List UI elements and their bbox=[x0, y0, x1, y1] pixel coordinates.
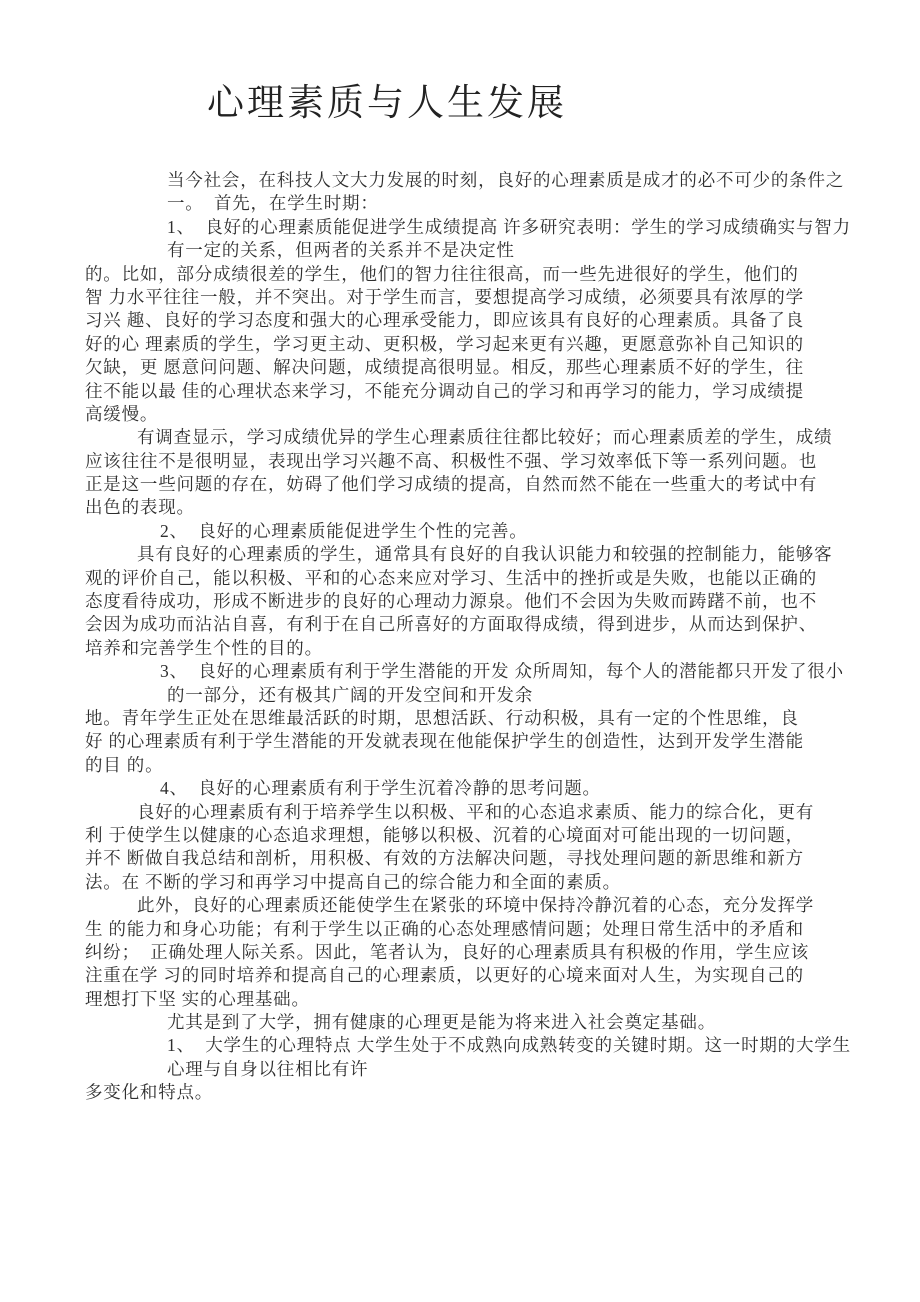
text-line: 生 的能力和身心功能；有利于学生以正确的心态处理感情问题；处理日常生活中的矛盾和 bbox=[85, 918, 917, 941]
text-line: 正是这一些问题的存在，妨碍了他们学习成绩的提高，自然而然不能在一些重大的考试中有 bbox=[85, 473, 917, 496]
text-line: 会因为成功而沾沾自喜，有利于在自己所喜好的方面取得成绩，得到进步，从而达到保护、 bbox=[85, 613, 917, 636]
text-line: 的。比如，部分成绩很差的学生，他们的智力往往很高，而一些先进很好的学生，他们的 bbox=[85, 263, 917, 286]
text-line: 往不能以最 佳的心理状态来学习，不能充分调动自己的学习和再学习的能力，学习成绩提 bbox=[85, 380, 917, 403]
text-line: 一。 首先，在学生时期： bbox=[85, 192, 917, 215]
document-title: 心理素质与人生发展 bbox=[207, 72, 567, 126]
text-line: 地。青年学生正处在思维最活跃的时期，思想活跃、行动积极，具有一定的个性思维，良 bbox=[85, 707, 917, 730]
text-line: 的目 的。 bbox=[85, 754, 917, 777]
text-line: 法。在 不断的学习和再学习中提高自己的综合能力和全面的素质。 bbox=[85, 871, 917, 894]
text-line: 有一定的关系，但两者的关系并不是决定性 bbox=[85, 239, 917, 262]
text-line: 好 的心理素质有利于学生潜能的开发就表现在他能保护学生的创造性，达到开发学生潜能 bbox=[85, 730, 917, 753]
text-line: 观的评价自己，能以积极、平和的心态来应对学习、生活中的挫折或是失败，也能以正确的 bbox=[85, 567, 917, 590]
document-body: 当今社会，在科技人文大力发展的时刻，良好的心理素质是成才的必不可少的条件之一。 … bbox=[85, 169, 917, 1105]
text-line: 1、 大学生的心理特点 大学生处于不成熟向成熟转变的关键时期。这一时期的大学生 bbox=[85, 1034, 917, 1057]
text-line: 习兴 趣、良好的学习态度和强大的心理承受能力，即应该具有良好的心理素质。具备了良 bbox=[85, 309, 917, 332]
text-line: 出色的表现。 bbox=[85, 496, 917, 519]
text-line: 理想打下坚 实的心理基础。 bbox=[85, 988, 917, 1011]
text-line: 并不 断做自我总结和剖析，用积极、有效的方法解决问题，寻找处理问题的新思维和新方 bbox=[85, 847, 917, 870]
document-page: 心理素质与人生发展 当今社会，在科技人文大力发展的时刻，良好的心理素质是成才的必… bbox=[0, 0, 920, 1302]
text-line: 纠纷； 正确处理人际关系。因此，笔者认为，良好的心理素质具有积极的作用，学生应该 bbox=[85, 941, 917, 964]
text-line: 培养和完善学生个性的目的。 bbox=[85, 637, 917, 660]
text-line: 2、 良好的心理素质能促进学生个性的完善。 bbox=[85, 520, 917, 543]
text-line: 好的心 理素质的学生，学习更主动、更积极，学习起来更有兴趣，更愿意弥补自己知识的 bbox=[85, 333, 917, 356]
text-line: 4、 良好的心理素质有利于学生沉着冷静的思考问题。 bbox=[85, 777, 917, 800]
text-line: 的一部分，还有极其广阔的开发空间和开发余 bbox=[85, 684, 917, 707]
text-line: 良好的心理素质有利于培养学生以积极、平和的心态追求素质、能力的综合化，更有 bbox=[85, 801, 917, 824]
text-line: 应该往往不是很明显，表现出学习兴趣不高、积极性不强、学习效率低下等一系列问题。也 bbox=[85, 450, 917, 473]
text-line: 有调查显示，学习成绩优异的学生心理素质往往都比较好；而心理素质差的学生，成绩 bbox=[85, 426, 917, 449]
text-line: 具有良好的心理素质的学生，通常具有良好的自我认识能力和较强的控制能力，能够客 bbox=[85, 543, 917, 566]
text-line: 高缓慢。 bbox=[85, 403, 917, 426]
text-line: 此外，良好的心理素质还能使学生在紧张的环境中保持冷静沉着的心态，充分发挥学 bbox=[85, 894, 917, 917]
text-line: 1、 良好的心理素质能促进学生成绩提高 许多研究表明：学生的学习成绩确实与智力 bbox=[85, 216, 917, 239]
text-line: 利 于使学生以健康的心态追求理想，能够以积极、沉着的心境面对可能出现的一切问题， bbox=[85, 824, 917, 847]
text-line: 智 力水平往往一般，并不突出。对于学生而言，要想提高学习成绩，必须要具有浓厚的学 bbox=[85, 286, 917, 309]
text-line: 多变化和特点。 bbox=[85, 1081, 917, 1104]
text-line: 心理与自身以往相比有许 bbox=[85, 1058, 917, 1081]
text-line: 注重在学 习的同时培养和提高自己的心理素质，以更好的心境来面对人生，为实现自己的 bbox=[85, 964, 917, 987]
text-line: 尤其是到了大学，拥有健康的心理更是能为将来进入社会奠定基础。 bbox=[85, 1011, 917, 1034]
text-line: 欠缺，更 愿意问问题、解决问题，成绩提高很明显。相反，那些心理素质不好的学生，往 bbox=[85, 356, 917, 379]
text-line: 3、 良好的心理素质有利于学生潜能的开发 众所周知，每个人的潜能都只开发了很小 bbox=[85, 660, 917, 683]
text-line: 态度看待成功，形成不断进步的良好的心理动力源泉。他们不会因为失败而踌躇不前，也不 bbox=[85, 590, 917, 613]
text-line: 当今社会，在科技人文大力发展的时刻，良好的心理素质是成才的必不可少的条件之 bbox=[85, 169, 917, 192]
